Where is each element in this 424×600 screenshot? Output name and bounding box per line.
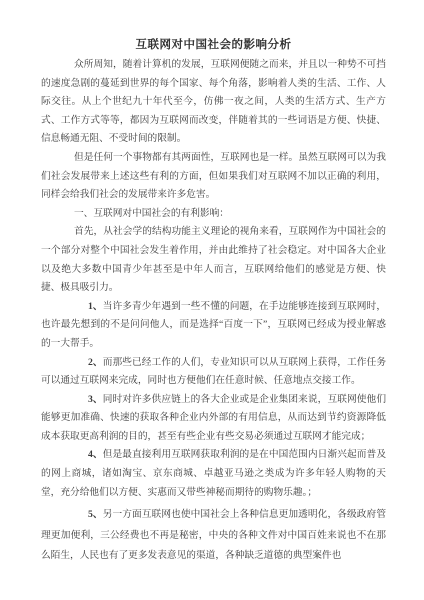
section-heading: 一、互联网对中国社会的有利影响： (41, 205, 386, 224)
list-number: 5、 (88, 509, 103, 520)
paragraph: 但是任何一个事物都有其两面性，互联网也是一样。虽然互联网可以为我们社会发展带来上… (41, 149, 386, 205)
paragraph: 5、另一方面互联网也使中国社会上各种信息更加透明化，各级政府管理更加便利，三公经… (41, 505, 386, 567)
paragraph: 1、当许多青少年遇到一些不懂的问题，在手边能够连接到互联网时，也许最先想到的不是… (41, 298, 386, 354)
document-page: 互联网对中国社会的影响分析 众所周知，随着计算机的发展，互联网便随之而来，并且以… (0, 0, 424, 600)
document-title: 互联网对中国社会的影响分析 (41, 36, 386, 55)
paragraph: 4、但是最直接利用互联网获取利润的是在中国范围内日渐兴起而普及的网上商城，诸如淘… (41, 446, 386, 502)
document-body: 众所周知，随着计算机的发展，互联网便随之而来，并且以一种势不可挡的速度急剧的蔓延… (41, 56, 386, 567)
paragraph: 首先，从社会学的结构功能主义理论的视角来看，互联网作为中国社会的一个部分对整个中… (41, 223, 386, 297)
paragraph: 2、而那些已经工作的人们，专业知识可以从互联网上获得，工作任务可以通过互联网来完… (41, 354, 386, 391)
paragraph: 3、同时对许多供应链上的各大企业或是企业集团来说，互联网使他们能够更加准确、快速… (41, 391, 386, 447)
paragraph: 众所周知，随着计算机的发展，互联网便随之而来，并且以一种势不可挡的速度急剧的蔓延… (41, 56, 386, 149)
list-number: 3、 (88, 394, 103, 405)
list-number: 2、 (88, 357, 103, 368)
list-number: 1、 (88, 301, 103, 312)
list-number: 4、 (88, 449, 103, 460)
